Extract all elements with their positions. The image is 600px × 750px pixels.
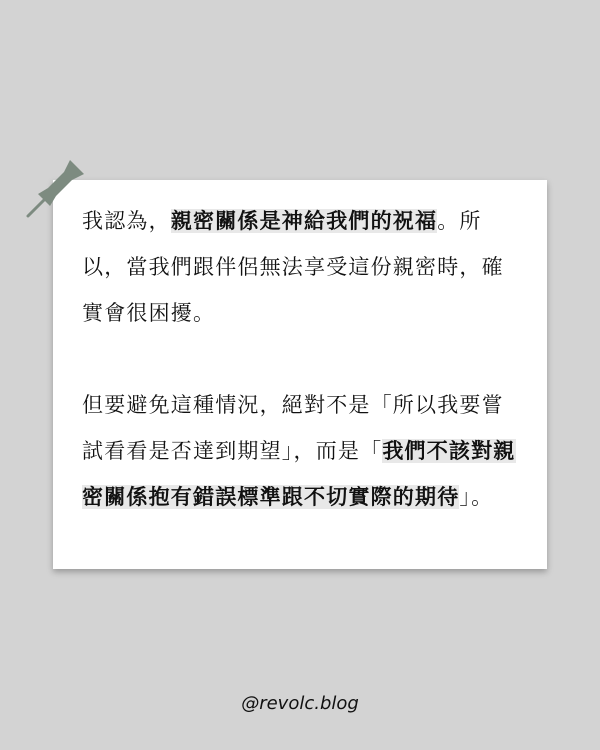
blog-handle: @revolc.blog <box>0 693 600 714</box>
paragraph-2: 但要避免這種情況，絕對不是「所以我要嘗試看看是否達到期望」，而是「我們不該對親密… <box>82 382 522 520</box>
text-segment: 我認為， <box>82 209 171 233</box>
quote-text: 我認為，親密關係是神給我們的祝福。所以，當我們跟伴侶無法享受這份親密時，確實會很… <box>82 198 522 520</box>
highlighted-text: 親密關係是神給我們的祝福 <box>171 209 437 233</box>
pushpin-icon <box>24 158 86 220</box>
paragraph-1: 我認為，親密關係是神給我們的祝福。所以，當我們跟伴侶無法享受這份親密時，確實會很… <box>82 198 522 336</box>
text-segment: 」。 <box>459 485 493 509</box>
